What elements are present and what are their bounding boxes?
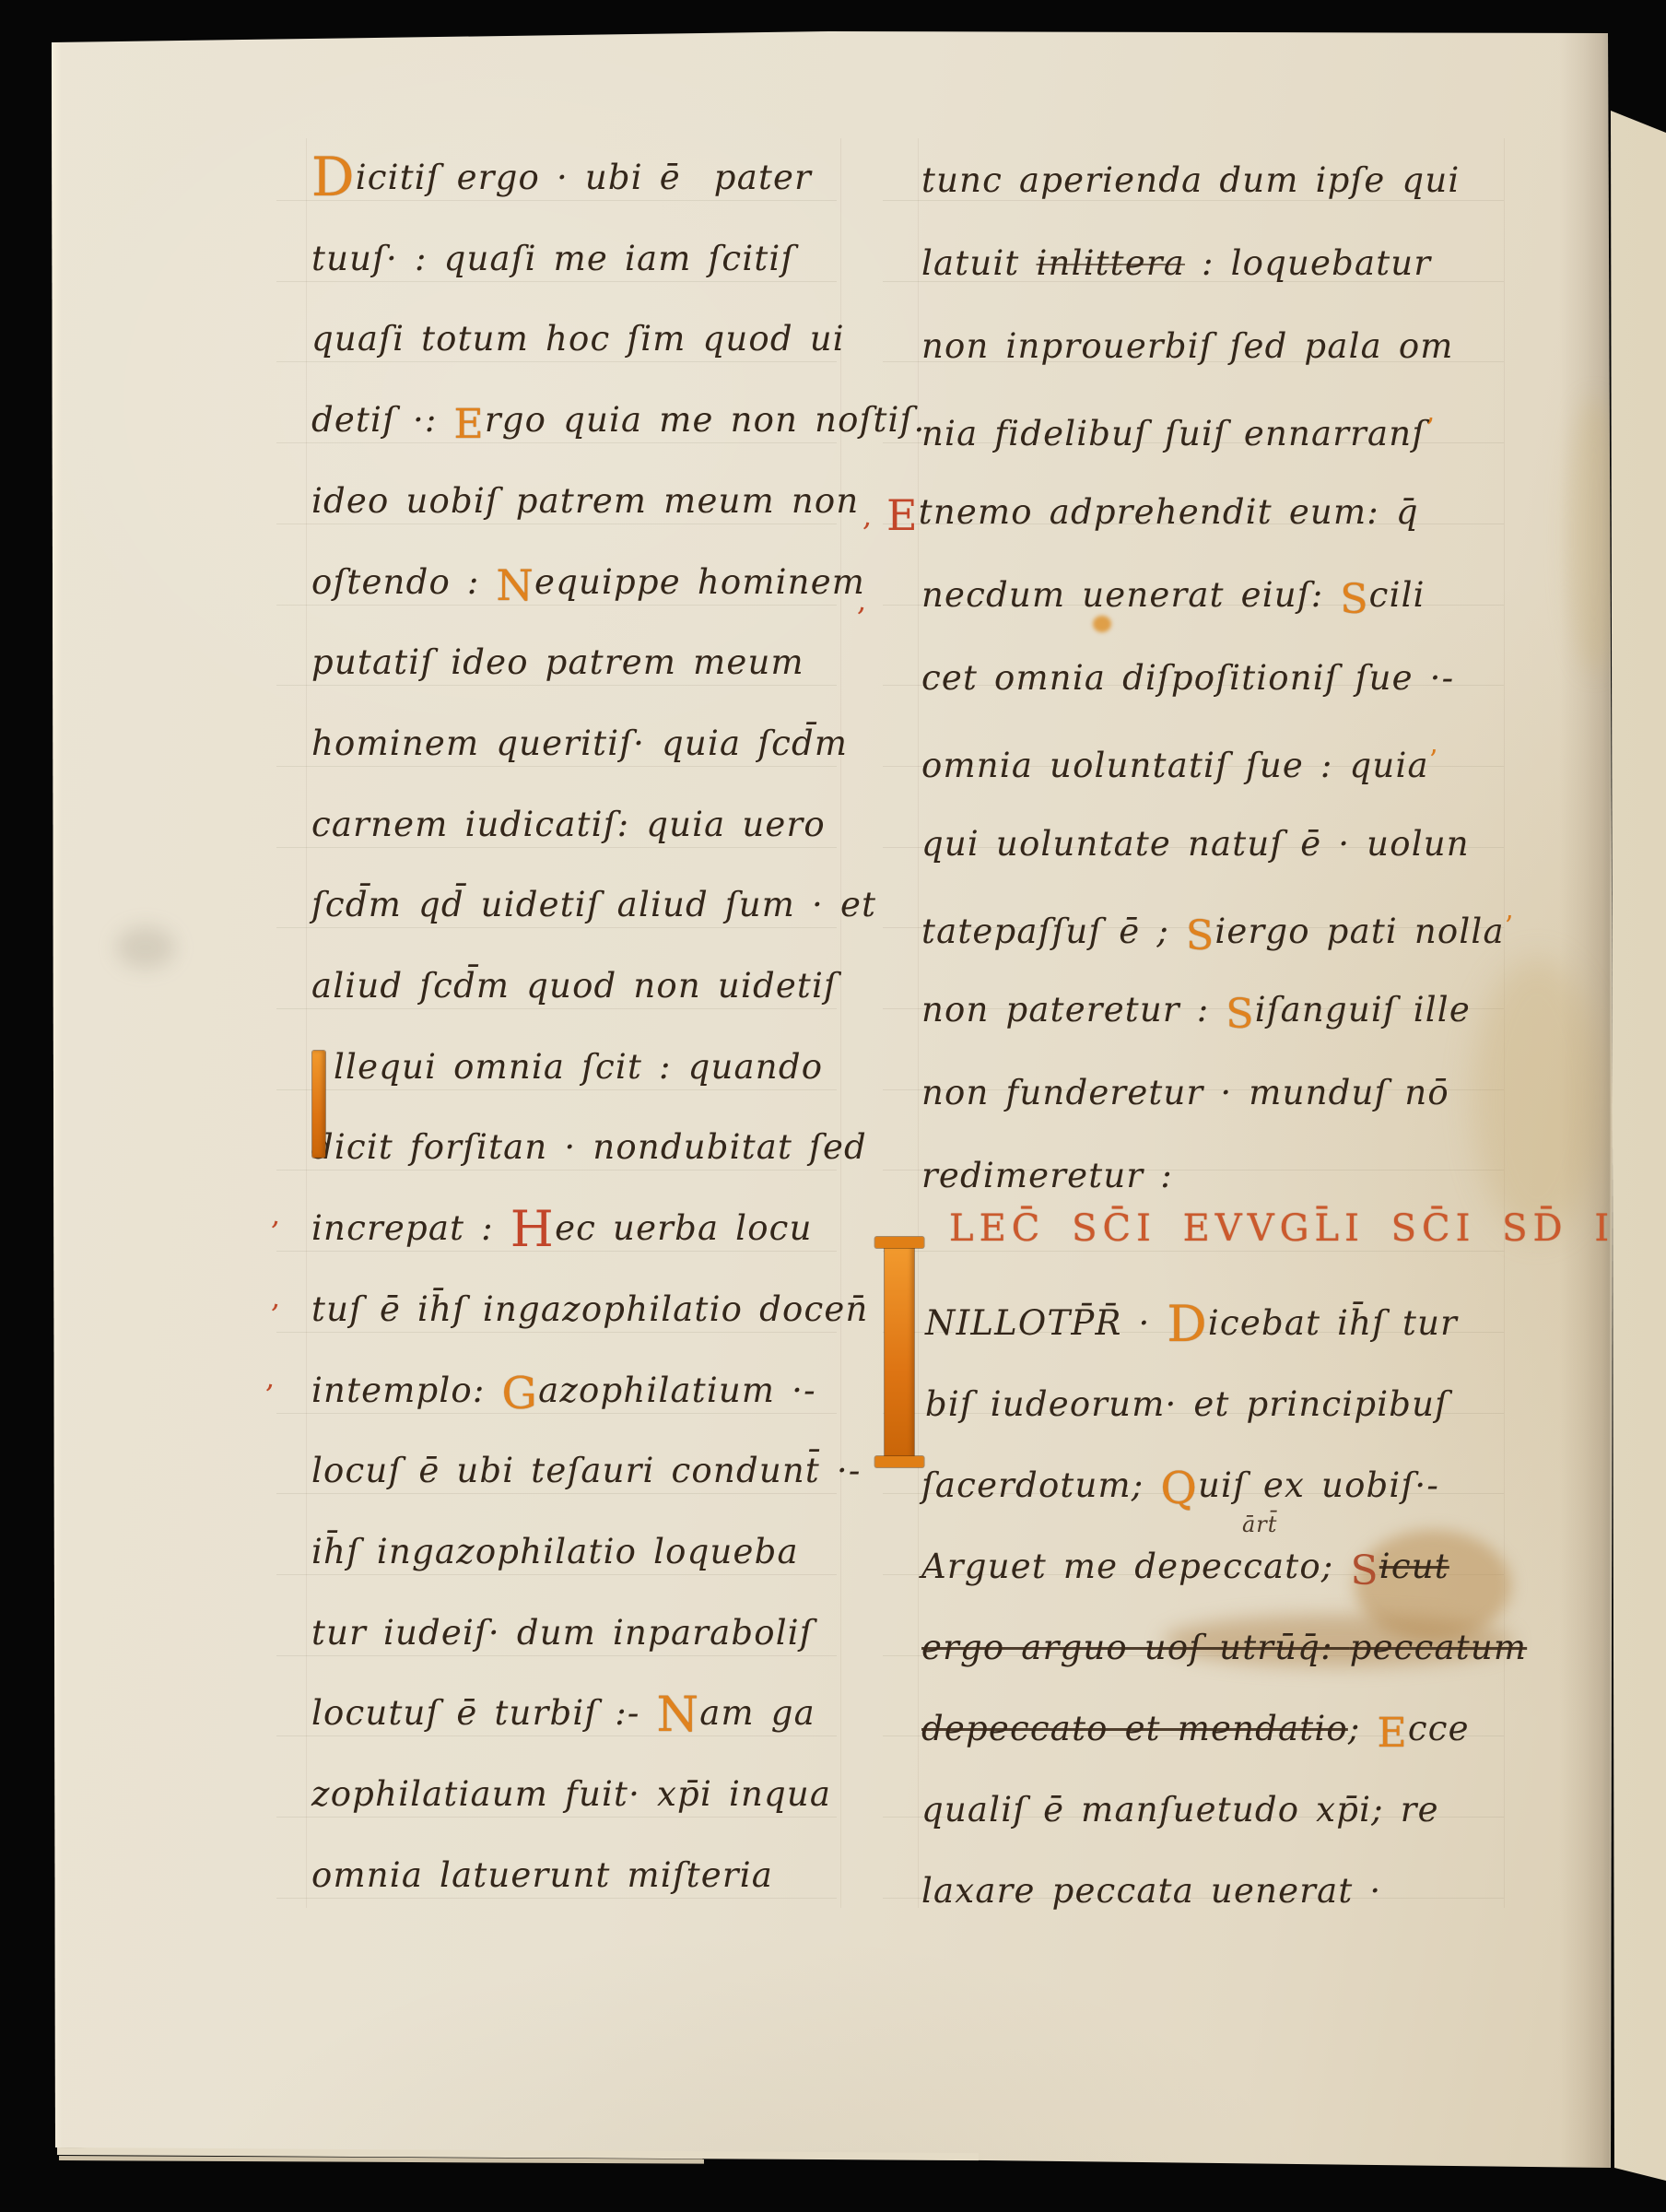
illuminated-initial: N [497,560,534,610]
interlinear-gloss: ārt̄ [1242,1512,1277,1537]
right-column-line-13: redimeretur : [921,1150,1173,1202]
text-segment: non pateretur : [921,990,1226,1030]
left-column-line-12: llequi omnia ſcit : quando [334,1041,823,1093]
text-segment: cet omnia diſpoſitioniſ ſue ·- [921,658,1454,698]
text-segment: : loquebatur [1185,243,1431,283]
text-segment: increpat : [311,1208,510,1248]
text-segment: laxare peccata uenerat · [921,1871,1381,1911]
illuminated-initial: S [1350,1547,1379,1594]
text-segment: rgo quia me non noſtiſ. [485,400,926,440]
left-column-line-5: ideo uobiſ patrem meum non [311,476,859,527]
initial-i-in-illo [885,1246,914,1458]
struck-text: inlittera [1036,243,1185,283]
left-column-line-9: carnem iudicatiſ: quia uero [311,799,826,851]
text-segment: llequi omnia ſcit : quando [334,1047,823,1087]
text-segment: qualiſ ē manſuetudo xp̄i; re [921,1790,1439,1830]
left-column-line-3: quaſi totum hoc ſim quod ui [311,313,845,365]
left-column-line-17: locuſ ē ubi teſauri condunt̄ ·- [311,1445,862,1497]
orange-flourish: ’ [1429,745,1439,777]
right-column-line-20: depeccato et mendatio; Ecce [921,1703,1470,1755]
text-segment: non inprouerbiſ ſed pala om [921,326,1454,366]
text-segment: tnemo adprehendit eum: q̄ [919,492,1419,532]
rubric-heading: LEC̄ SC̄I EVVGL̄I SC̄I SD̄ IOH̄· [949,1207,1666,1250]
text-segment: tuſ ē ih̄ſ ingazophilatio docen̄ [311,1289,869,1329]
left-column-line-14: increpat : Hec uerba locu [311,1203,813,1254]
right-column-line-9: qui uoluntate natuſ ē · uolun [921,818,1470,870]
struck-text: depeccato et mendatio [921,1709,1348,1748]
text-segment: ; [1348,1709,1378,1748]
text-segment: biſ iudeorum· et principibuſ [925,1384,1449,1424]
text-segment: tuuſ· : quaſi me iam ſcitiſ [311,239,794,278]
text-segment: equippe hominem [534,562,865,602]
right-column-line-2: latuit inlittera : loquebatur [921,238,1431,289]
right-column-line-19: ergo arguo uoſ utrūq̄: peccatum [921,1622,1527,1674]
text-segment: ec uerba locu [555,1208,813,1248]
text-segment: iſanguiſ ille [1255,990,1471,1030]
text-segment: qui uoluntate natuſ ē · uolun [921,824,1470,864]
text-segment: detiſ ·: [311,400,454,440]
illuminated-initial: E [454,401,485,448]
right-column-line-3: non inprouerbiſ ſed pala om [921,321,1454,372]
text-segment: tunc aperienda dum ipſe qui [921,160,1460,200]
text-segment: nia fidelibuſ ſuiſ ennarranſ [921,414,1425,453]
illuminated-initial: N [657,1688,700,1743]
initial-serif [875,1237,924,1248]
text-segment: ideo uobiſ patrem meum non [311,481,859,521]
illuminated-initial: Q [1160,1463,1198,1514]
manuscript-page: Dicitiſ ergo · ubi ē patertuuſ· : quaſi … [0,0,1666,2212]
text-segment: tur iudeiſ· dum inparaboliſ [311,1613,814,1653]
left-column-line-8: hominem queritiſ· quia ſcd̄m [311,718,848,770]
left-column-line-6: oſtendo : Nequippe hominem [311,557,865,608]
text-segment: latuit [921,243,1036,283]
text-segment: cili [1369,575,1425,615]
text-segment: icitiſ ergo · ubi ē pater [356,158,812,197]
margin-quote-mark: ’ [266,1297,280,1333]
left-column-line-21: zophilatiaum fuit· xp̄i inqua [311,1769,831,1820]
left-column-line-4: detiſ ·: Ergo quia me non noſtiſ. [311,394,925,446]
photo-stage: Dicitiſ ergo · ubi ē patertuuſ· : quaſi … [0,0,1666,2212]
text-segment: zophilatiaum fuit· xp̄i inqua [311,1774,831,1814]
left-column-line-13: dicit forſitan · nondubitat ſed [311,1122,867,1173]
text-segment: uiſ ex uobiſ·- [1198,1465,1439,1505]
text-segment: NILLOTP̄R̄ · [925,1303,1167,1343]
orange-flourish: ’ [1425,413,1436,445]
right-column-line-17: ſacerdotum; Quiſ ex uobiſ·- [921,1460,1439,1512]
right-column-line-22: laxare peccata uenerat · [921,1865,1381,1917]
illuminated-initial: D [1167,1295,1208,1353]
left-column-line-7: putatiſ ideo patrem meum [311,637,804,688]
illuminated-initial: S [1226,991,1254,1038]
left-column-line-19: tur iudeiſ· dum inparaboliſ [311,1607,814,1659]
initial-i-illequi [312,1051,325,1158]
text-segment: ſacerdotum; [921,1465,1160,1505]
parchment-stain [116,926,175,969]
text-segment: redimeretur : [921,1156,1173,1195]
text-segment: azophilatium ·- [538,1371,816,1410]
right-column-line-16: biſ iudeorum· et principibuſ [925,1379,1449,1430]
right-column-line-21: qualiſ ē manſuetudo xp̄i; re [921,1784,1439,1836]
right-column-line-4: nia fidelibuſ ſuiſ ennarranſ’ [921,404,1436,460]
margin-quote-mark: ’ [266,1214,280,1250]
right-column-line-12: non funderetur · munduſ nō [921,1067,1449,1119]
left-column-line-20: locutuſ ē turbiſ :- Nam ga [311,1688,815,1739]
text-segment: tatepaſſuſ ē ; [921,912,1186,951]
text-segment: am ga [699,1693,815,1733]
illuminated-initial: S [1186,912,1214,959]
illuminated-initial: S [1340,576,1368,623]
illuminated-initial: H [510,1200,555,1258]
left-column-line-18: ih̄ſ ingazophilatio loqueba [311,1526,799,1578]
margin-quote-mark: ’ [261,1377,275,1413]
ruling-guide [306,138,307,1908]
text-segment: ſcd̄m qd̄ uidetiſ aliud ſum · et [311,885,876,924]
text-segment: iergo pati nolla [1214,912,1504,951]
struck-text: ergo arguo uoſ utrūq̄: [921,1628,1350,1667]
text-segment: hominem queritiſ· quia ſcd̄m [311,724,848,763]
right-column-line-10: tatepaſſuſ ē ; Siergo pati nolla’ [921,901,1514,958]
illuminated-initial: E [886,490,919,540]
right-column-line-15: NILLOTP̄R̄ · Dicebat ih̄ſ tur [925,1298,1458,1349]
right-column-line-7: cet omnia diſpoſitioniſ ſue ·- [921,653,1454,704]
left-column-line-2: tuuſ· : quaſi me iam ſcitiſ [311,233,794,285]
left-column-line-16: intemplo: Gazophilatium ·- [311,1365,816,1417]
text-segment: icebat ih̄ſ tur [1208,1303,1458,1343]
text-segment: omnia latuerunt miſteria [311,1855,773,1895]
text-segment: carnem iudicatiſ: quia uero [311,805,826,844]
left-column-line-10: ſcd̄m qd̄ uidetiſ aliud ſum · et [311,879,876,931]
text-segment: omnia uoluntatiſ ſue : quia [921,746,1429,785]
text-segment: quaſi totum hoc ſim quod ui [311,319,845,359]
right-column-line-11: non pateretur : Siſanguiſ ille [921,984,1471,1036]
page-left-edge-highlight [52,42,62,2149]
left-column-line-11: aliud ſcd̄m quod non uidetiſ [311,960,838,1012]
text-segment: ih̄ſ ingazophilatio loqueba [311,1532,799,1571]
right-column-line-14: LEC̄ SC̄I EVVGL̄I SC̄I SD̄ IOH̄· [949,1203,1666,1255]
text-segment: intemplo: [311,1371,502,1410]
right-column-line-8: omnia uoluntatiſ ſue : quia’ [921,735,1439,792]
left-column-line-15: tuſ ē ih̄ſ ingazophilatio docen̄ [311,1284,869,1335]
text-segment: non funderetur · munduſ nō [921,1073,1449,1112]
text-segment: dicit forſitan · nondubitat ſed [311,1127,867,1167]
left-column-line-22: omnia latuerunt miſteria [311,1850,773,1901]
struck-text: icut [1379,1547,1449,1586]
right-column-line-5: Etnemo adprehendit eum: q̄ [886,487,1419,538]
left-column-line-1: Dicitiſ ergo · ubi ē pater [311,152,812,204]
illuminated-initial: G [502,1368,539,1419]
right-column-line-18: Arguet me depeccato; Sicut [921,1541,1449,1593]
text-segment: oſtendo : [311,562,497,602]
text-segment: putatiſ ideo patrem meum [311,642,804,682]
margin-quote-mark: ’ [858,515,872,551]
illuminated-initial: D [311,146,356,208]
illuminated-initial: E [1377,1710,1407,1757]
parchment-stain [1472,959,1601,1235]
right-column-line-1: tunc aperienda dum ipſe qui [921,155,1460,206]
text-segment: necdum uenerat eiuſ: [921,575,1340,615]
orange-flourish: ’ [1505,911,1515,943]
struck-text: peccatum [1350,1628,1527,1667]
text-segment: locuſ ē ubi teſauri condunt̄ ·- [311,1451,862,1490]
text-segment: aliud ſcd̄m quod non uidetiſ [311,966,838,1006]
text-segment: Arguet me depeccato; [921,1547,1350,1586]
text-segment: locutuſ ē turbiſ :- [311,1693,657,1733]
initial-serif [875,1456,924,1467]
text-segment: cce [1408,1709,1470,1748]
right-column-line-6: necdum uenerat eiuſ: Scili [921,570,1425,621]
